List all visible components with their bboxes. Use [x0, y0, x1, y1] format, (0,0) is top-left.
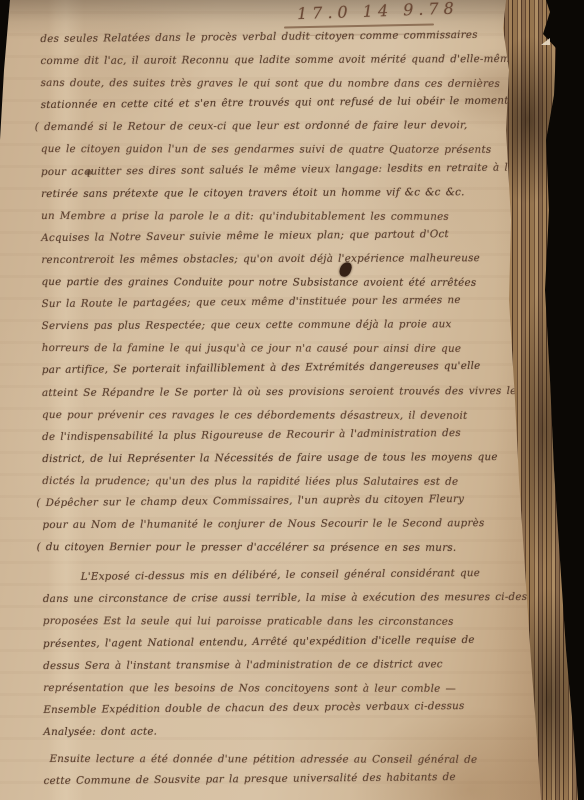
manuscript-line: ( du citoyen Bernier pour le presser d'a…: [37, 536, 511, 559]
ink-speck: [86, 170, 92, 175]
manuscript-line: présentes, l'agent National entendu, Arr…: [43, 628, 511, 655]
manuscript-line: pour au Nom de l'humanité le conjurer de…: [42, 512, 510, 536]
manuscript-line: par artifice, Se porterait infaillibleme…: [42, 355, 510, 382]
manuscript-line: stationnée en cette cité et s'en être tr…: [41, 90, 509, 117]
manuscript-line: Ensemble Expédition double de chacun des…: [43, 694, 511, 721]
manuscript-line: Serviens pas plus Respectée; que ceux ce…: [42, 313, 510, 337]
manuscript-line: de l'indispensabilité la plus Rigoureuse…: [42, 421, 510, 448]
manuscript-line: Analysée: dont acte.: [43, 719, 511, 743]
manuscript-line: des seules Relatées dans le procès verba…: [40, 24, 508, 51]
manuscript-line: L'Exposé ci-dessus mis en délibéré, le c…: [81, 562, 511, 588]
manuscript-line: dessus Sera à l'instant transmise à l'ad…: [43, 653, 511, 677]
manuscript-text: des seules Relatées dans le procès verba…: [40, 26, 511, 792]
manuscript-page: 17.0 14 9.78 des seules Relatées dans le…: [0, 0, 584, 800]
manuscript-line: comme dit l'ac, il auroit Reconnu que la…: [40, 48, 508, 72]
manuscript-line: Acquises la Notre Saveur suivie même le …: [41, 222, 509, 249]
manuscript-line: ( Dépêcher sur le champ deux Commissaire…: [36, 487, 510, 514]
manuscript-line: cette Commune de Sousvite par la presque…: [44, 766, 512, 793]
manuscript-line: rencontreroit les mêmes obstacles; qu'on…: [41, 247, 509, 271]
manuscript-line: district, de lui Représenter la Nécessit…: [42, 446, 510, 470]
manuscript-line: retirée sans prétexte que le citoyen tra…: [41, 181, 509, 205]
manuscript-line: Sur la Route le partagées; que ceux même…: [41, 289, 509, 316]
manuscript-line: atteint Se Répandre le Se porter là où s…: [42, 379, 510, 403]
page-number-annotation: 17.0 14 9.78: [297, 0, 478, 23]
manuscript-line: pour acquitter ses dires sont salués le …: [41, 156, 509, 183]
manuscript-line: dans une circonstance de crise aussi ter…: [43, 586, 511, 610]
manuscript-line: ( demandé si le Retour de ceux-ci que le…: [35, 114, 509, 138]
